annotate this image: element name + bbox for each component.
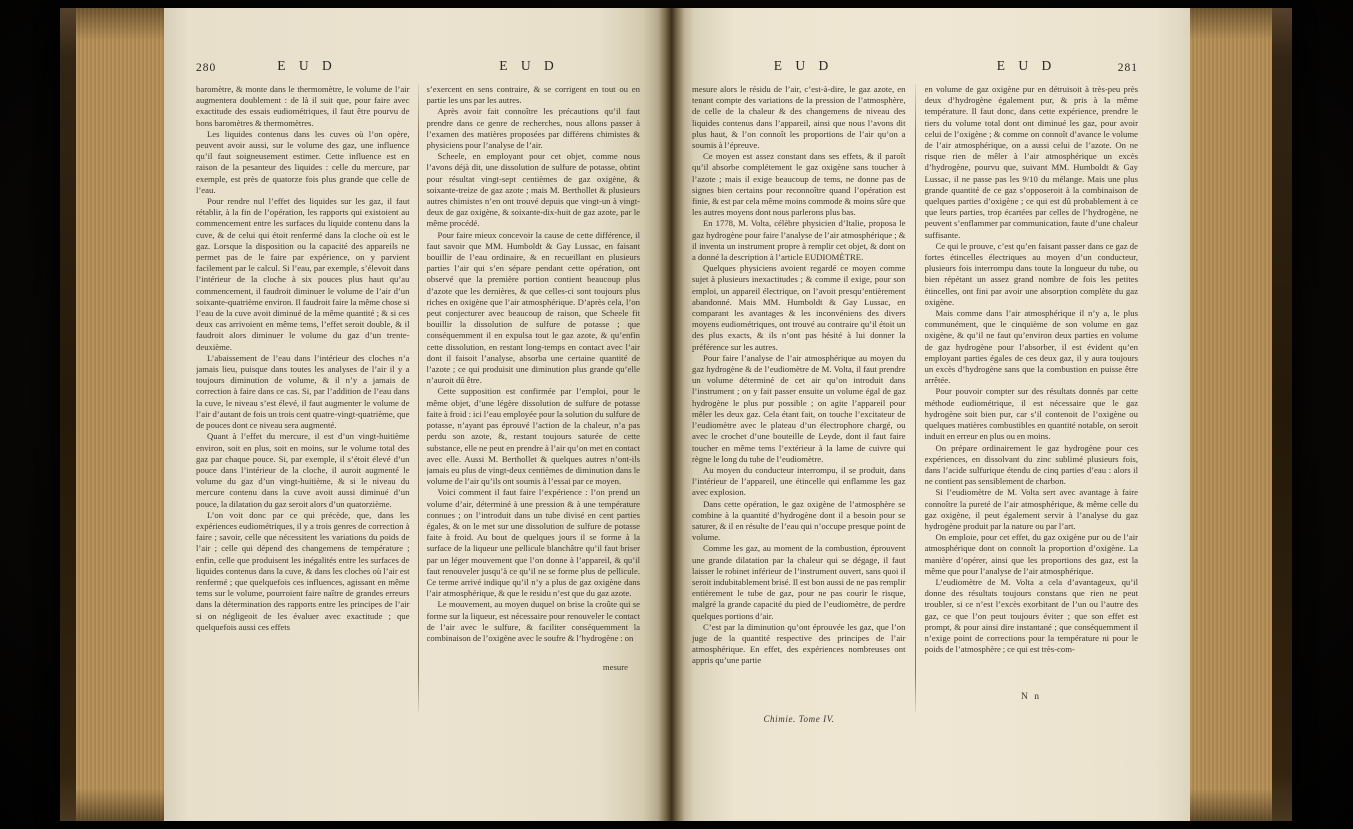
running-title: E U D <box>692 58 915 74</box>
running-title: E U D <box>196 58 418 74</box>
paragraph: L’eudiomètre de M. Volta a cela d’avanta… <box>925 577 1139 655</box>
right-page-header: E U D E U D 281 <box>684 52 1190 74</box>
paragraph: Ce qui le prouve, c’est qu’en faisant pa… <box>925 241 1139 308</box>
text-column: en volume de gaz oxigène pur en détruiso… <box>925 84 1139 706</box>
column-rule <box>418 84 419 712</box>
open-book: 280 E U D E U D baromètre, & monte dans … <box>60 8 1292 821</box>
paragraph: On prépare ordinairement le gaz hydrogèn… <box>925 443 1139 488</box>
paragraph: Pour pouvoir compter sur des résultats d… <box>925 386 1139 442</box>
page-number: 280 <box>196 62 216 74</box>
paragraph: L’abaissement de l’eau dans l’intérieur … <box>196 353 410 431</box>
paragraph: s’exercent en sens contraire, & se corri… <box>427 84 641 106</box>
running-title: E U D <box>915 58 1138 74</box>
page-block-fore-edge-left <box>76 8 164 821</box>
right-page: E U D E U D 281 mesure alors le résidu d… <box>684 8 1190 821</box>
paragraph: Cette supposition est confirmée par l’em… <box>427 386 641 487</box>
paragraph: Le mouvement, au moyen duquel on brise l… <box>427 599 641 644</box>
paragraph: En 1778, M. Volta, célèbre physicien d’I… <box>692 218 906 263</box>
text-column: s’exercent en sens contraire, & se corri… <box>427 84 641 706</box>
left-page: 280 E U D E U D baromètre, & monte dans … <box>164 8 658 821</box>
paragraph: Mais comme dans l’air atmosphérique il n… <box>925 308 1139 386</box>
running-title: E U D <box>418 58 640 74</box>
photo-background: 280 E U D E U D baromètre, & monte dans … <box>0 0 1353 829</box>
paragraph: Les liquides contenus dans les cuves où … <box>196 129 410 196</box>
gathering-mark: N n <box>924 692 1138 702</box>
paragraph: Si l’eudiomètre de M. Volta sert avec av… <box>925 487 1139 532</box>
paragraph: Quant à l’effet du mercure, il est d’un … <box>196 431 410 509</box>
paragraph: mesure alors le résidu de l’air, c’est-à… <box>692 84 906 151</box>
page-number: 281 <box>1118 62 1138 74</box>
paragraph: Pour faire l’analyse de l’air atmosphéri… <box>692 353 906 465</box>
book-cover-edge-left <box>60 8 76 821</box>
paragraph: On emploie, pour cet effet, du gaz oxigè… <box>925 532 1139 577</box>
paragraph: baromètre, & monte dans le thermomètre, … <box>196 84 410 129</box>
paragraph: Voici comment il faut faire l’expérience… <box>427 487 641 599</box>
paragraph: Au moyen du conducteur interrompu, il se… <box>692 465 906 499</box>
paragraph: Comme les gaz, au moment de la combustio… <box>692 543 906 621</box>
column-rule <box>915 84 916 712</box>
paragraph: Pour faire mieux concevoir la cause de c… <box>427 230 641 387</box>
catchword: mesure <box>603 662 628 672</box>
paragraph: Scheele, en employant pour cet objet, co… <box>427 151 641 229</box>
book-cover-edge-right <box>1272 8 1292 821</box>
right-page-text-block: mesure alors le résidu de l’air, c’est-à… <box>684 74 1190 712</box>
text-column: mesure alors le résidu de l’air, c’est-à… <box>692 84 906 706</box>
page-block-fore-edge-right <box>1190 8 1272 821</box>
text-column: baromètre, & monte dans le thermomètre, … <box>196 84 410 706</box>
book-gutter <box>658 8 684 821</box>
left-page-text-block: baromètre, & monte dans le thermomètre, … <box>164 74 658 712</box>
left-page-header: 280 E U D E U D <box>164 52 658 74</box>
paragraph: L’on voit donc par ce qui précède, que, … <box>196 510 410 633</box>
volume-signature: Chimie. Tome IV. <box>692 714 906 724</box>
paragraph: Quelques physiciens avoient regardé ce m… <box>692 263 906 353</box>
paragraph: Pour rendre nul l’effet des liquides sur… <box>196 196 410 353</box>
paragraph: Après avoir fait connoître les précautio… <box>427 106 641 151</box>
paragraph: Dans cette opération, le gaz oxigène de … <box>692 499 906 544</box>
paragraph: Ce moyen est assez constant dans ses eff… <box>692 151 906 218</box>
paragraph: en volume de gaz oxigène pur en détruiso… <box>925 84 1139 241</box>
paragraph: C’est par la diminution qu’ont éprouvée … <box>692 622 906 667</box>
